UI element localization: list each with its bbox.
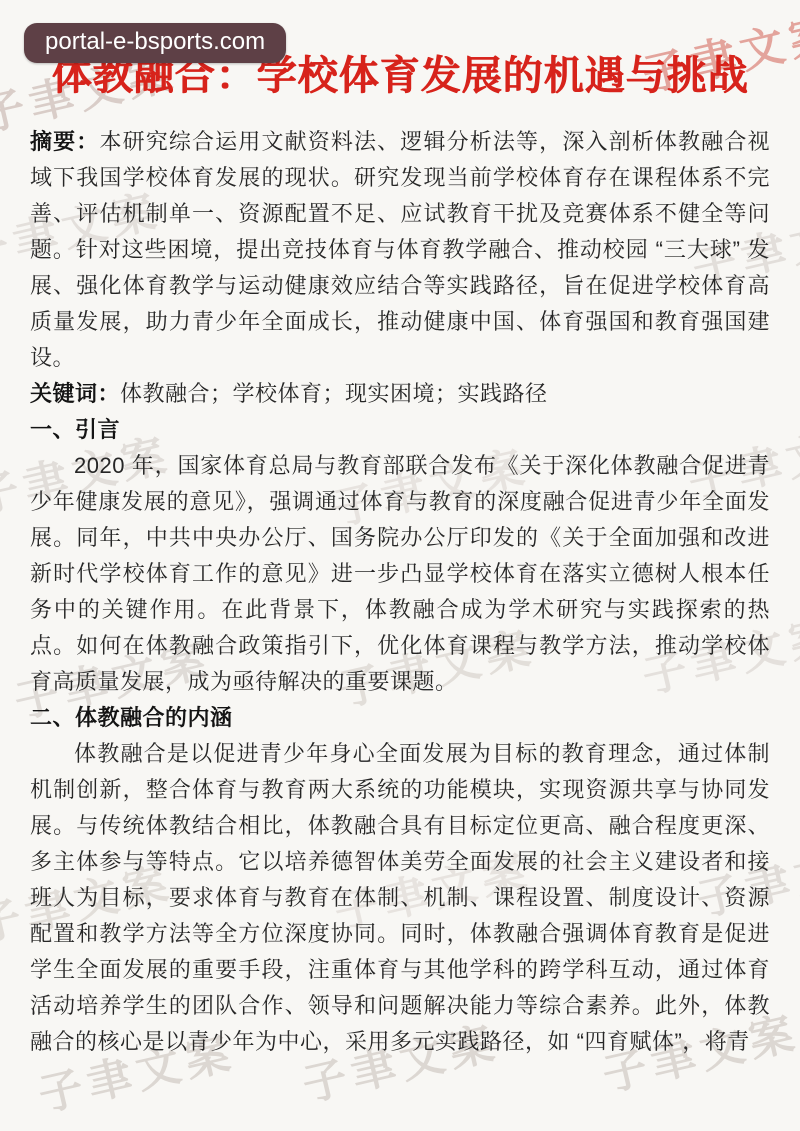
abstract-text: 本研究综合运用文献资料法、逻辑分析法等，深入剖析体教融合视域下我国学校体育发展的… xyxy=(30,129,770,370)
article-body: 摘要：本研究综合运用文献资料法、逻辑分析法等，深入剖析体教融合视域下我国学校体育… xyxy=(0,100,800,1060)
keywords-text: 体教融合；学校体育；现实困境；实践路径 xyxy=(120,381,548,406)
section-heading-connotation: 二、体教融合的内涵 xyxy=(30,700,770,736)
site-url-badge[interactable]: portal-e-bsports.com xyxy=(24,23,286,63)
section-paragraph-connotation: 体教融合是以促进青少年身心全面发展为目标的教育理念，通过体制机制创新，整合体育与… xyxy=(30,736,770,1060)
section-paragraph-introduction: 2020 年，国家体育总局与教育部联合发布《关于深化体教融合促进青少年健康发展的… xyxy=(30,448,770,700)
keywords-paragraph: 关键词：体教融合；学校体育；现实困境；实践路径 xyxy=(30,376,770,412)
abstract-paragraph: 摘要：本研究综合运用文献资料法、逻辑分析法等，深入剖析体教融合视域下我国学校体育… xyxy=(30,124,770,376)
keywords-label: 关键词： xyxy=(30,381,120,406)
abstract-label: 摘要： xyxy=(30,129,99,154)
section-heading-introduction: 一、引言 xyxy=(30,412,770,448)
